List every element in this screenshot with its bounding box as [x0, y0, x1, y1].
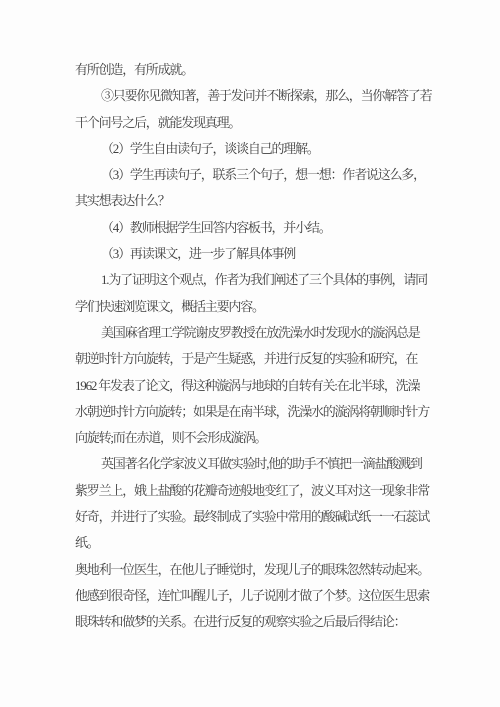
text-line: 向旋转;而在赤道，则不会形成漩涡。	[75, 425, 430, 451]
text-line: 紫罗兰上，娥上盐酸的花瓣奇迹般地变红了，波义耳对这一现象非常	[75, 478, 430, 504]
text-line: （2）学生自由读句子，谈谈自己的理解。	[75, 136, 430, 162]
text-line: 美国麻省理工学院谢皮罗教授在放洗澡水时发现水的漩涡总是	[75, 320, 430, 346]
text-line: 其实想表达什么？	[75, 188, 430, 214]
text-line: 1962 年发表了论文，得这种漩涡与地球的自转有关:在北半球，洗澡	[75, 373, 430, 399]
text-line: （4）教师根据学生回答内容板书，并小结。	[75, 215, 430, 241]
text-line: 水朝逆时针方向旋转；如果是在南半球，洗澡水的漩涡将朝顺时针方	[75, 399, 430, 425]
text-line: 奥地利一位医生，在他儿子睡觉时，发现儿子的眼珠忽然转动起来。	[75, 557, 430, 583]
text-line: 干个问号之后，就能发现真理。	[75, 110, 430, 136]
text-line: （3）学生再读句子，联系三个句子，想一想：作者说这么多，	[75, 162, 430, 188]
document-page: 有所创造，有所成就。③只要你见微知著，善于发问并不断探索，那么，当你解答了若干个…	[0, 0, 500, 707]
text-body: 有所创造，有所成就。③只要你见微知著，善于发问并不断探索，那么，当你解答了若干个…	[75, 57, 430, 636]
text-line: 好奇，并进行了实验。最终制成了实验中常用的酸碱试纸一一石蕊试	[75, 504, 430, 530]
text-line: 英国著名化学家波义耳做实验时,他的助手不慎把一滴盐酸溅到	[75, 451, 430, 477]
text-line: 他感到很奇怪，连忙叫醒儿子，儿子说刚才做了个梦。这位医生思索	[75, 583, 430, 609]
text-line: 纸。	[75, 530, 430, 556]
text-line: 朝逆时针方向旋转，于是产生疑惑，并进行反复的实验和研究，在	[75, 346, 430, 372]
text-line: 眼珠转和做梦的关系。在进行反复的观察实验之后最后得结论：	[75, 609, 430, 635]
text-line: 有所创造，有所成就。	[75, 57, 430, 83]
text-line: 学们快速浏览课文，概括主要内容。	[75, 294, 430, 320]
text-line: ③只要你见微知著，善于发问并不断探索，那么，当你解答了若	[75, 83, 430, 109]
text-line: （3）再读课文，进一步了解具体事例	[75, 241, 430, 267]
text-line: 1.为了证明这个观点，作者为我们阐述了三个具体的事例，请同	[75, 267, 430, 293]
